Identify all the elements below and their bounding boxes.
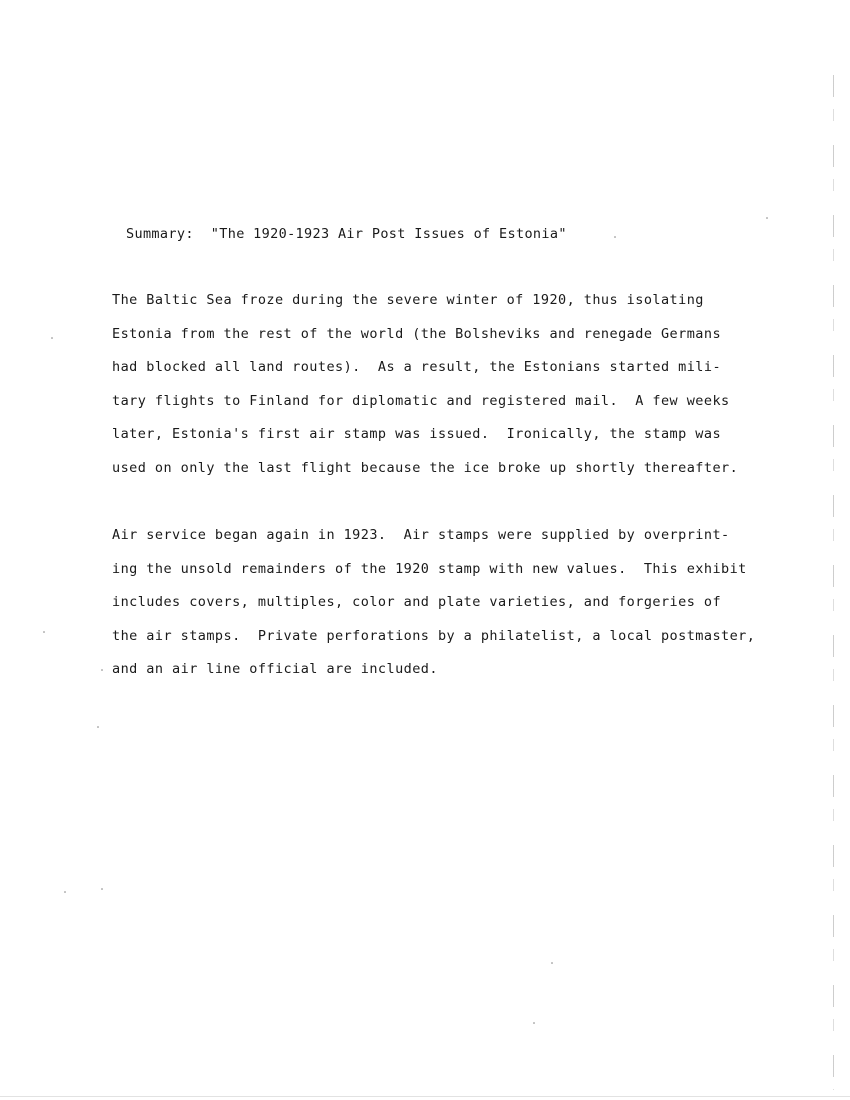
- scan-speck: [51, 337, 53, 339]
- paragraph-line: ing the unsold remainders of the 1920 st…: [112, 559, 755, 593]
- paragraph-2: Air service began again in 1923. Air sta…: [112, 525, 755, 693]
- paragraph-line: includes covers, multiples, color and pl…: [112, 592, 755, 626]
- scan-speck: [43, 631, 45, 633]
- scan-speck: [64, 891, 66, 893]
- scan-edge-artifact: [833, 75, 834, 1090]
- paragraph-1: The Baltic Sea froze during the severe w…: [112, 290, 738, 492]
- summary-title: Summary: "The 1920-1923 Air Post Issues …: [126, 226, 567, 242]
- document-page: Summary: "The 1920-1923 Air Post Issues …: [0, 0, 850, 1100]
- scan-speck: [97, 726, 99, 728]
- paragraph-line: later, Estonia's first air stamp was iss…: [112, 424, 738, 458]
- paragraph-line: Estonia from the rest of the world (the …: [112, 324, 738, 358]
- paragraph-line: had blocked all land routes). As a resul…: [112, 357, 738, 391]
- scan-speck: [101, 669, 103, 671]
- paragraph-line: the air stamps. Private perforations by …: [112, 626, 755, 660]
- scan-speck: [101, 888, 103, 890]
- scan-bottom-edge: [0, 1096, 850, 1097]
- paragraph-line: and an air line official are included.: [112, 659, 755, 693]
- scan-speck: [533, 1022, 535, 1024]
- paragraph-line: Air service began again in 1923. Air sta…: [112, 525, 755, 559]
- scan-speck: [766, 217, 768, 219]
- paragraph-line: used on only the last flight because the…: [112, 458, 738, 492]
- scan-speck: [551, 962, 553, 964]
- paragraph-line: tary flights to Finland for diplomatic a…: [112, 391, 738, 425]
- paragraph-line: The Baltic Sea froze during the severe w…: [112, 290, 738, 324]
- scan-speck: [614, 236, 616, 238]
